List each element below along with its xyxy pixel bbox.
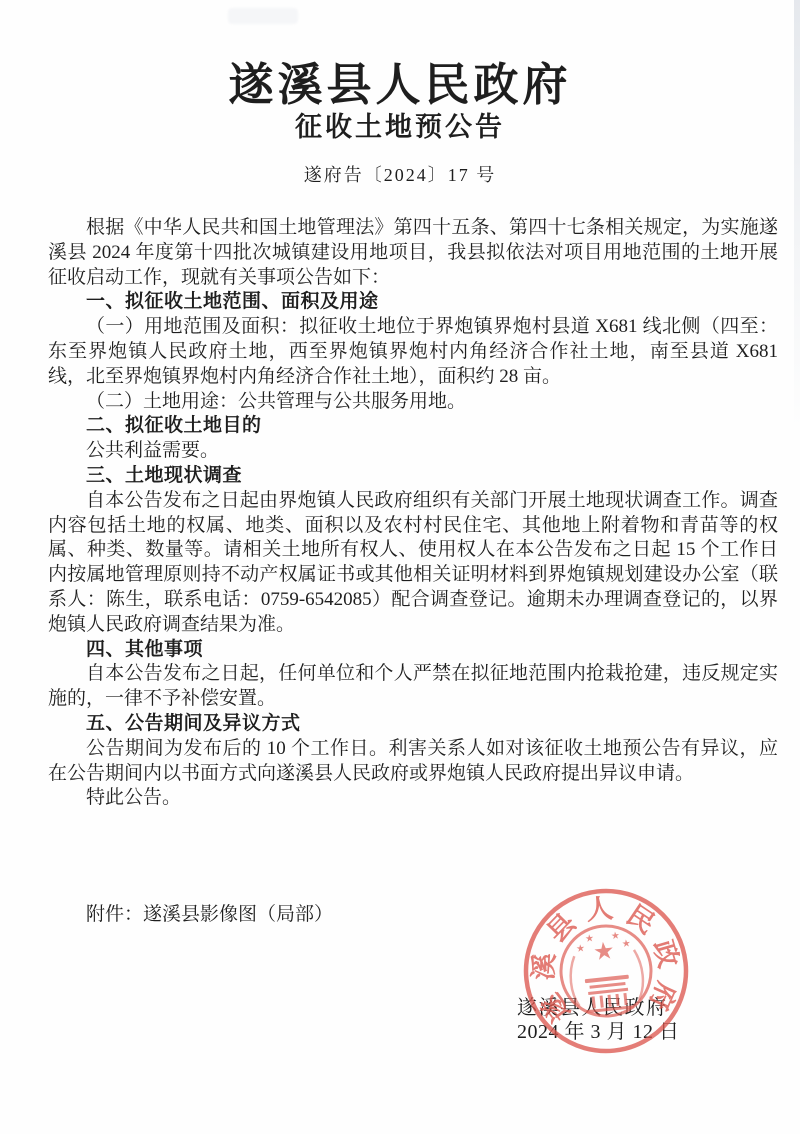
- svg-text:★: ★: [585, 933, 595, 945]
- section-5-paragraph: 公告期间为发布后的 10 个工作日。利害关系人如对该征收土地预公告有异议，应在公…: [48, 737, 778, 787]
- document-number: 遂府告〔2024〕17 号: [0, 161, 800, 187]
- section-4-heading: 四、其他事项: [48, 638, 778, 663]
- section-1-paragraph: （二）土地用途：公共管理与公共服务用地。: [48, 390, 778, 415]
- svg-text:★: ★: [592, 936, 616, 966]
- svg-text:★: ★: [610, 930, 620, 942]
- land-expropriation-announcement-page: 遂溪县人民政府 征收土地预公告 遂府告〔2024〕17 号 根据《中华人民共和国…: [0, 0, 800, 1134]
- svg-text:★: ★: [576, 943, 586, 955]
- page-subtitle: 征收土地预公告: [0, 105, 800, 144]
- document-body: 根据《中华人民共和国土地管理法》第四十五条、第四十七条相关规定，为实施遂溪县 2…: [48, 216, 778, 811]
- closing-line: 特此公告。: [48, 786, 778, 811]
- section-2-paragraph: 公共利益需要。: [48, 439, 778, 464]
- signature-date: 2024 年 3 月 12 日: [517, 1021, 680, 1045]
- intro-paragraph: 根据《中华人民共和国土地管理法》第四十五条、第四十七条相关规定，为实施遂溪县 2…: [48, 216, 778, 290]
- section-4-paragraph: 自本公告发布之日起，任何单位和个人严禁在拟征地范围内抢栽抢建，违反规定实施的，一…: [48, 662, 778, 712]
- page-title: 遂溪县人民政府: [0, 48, 800, 113]
- signature-block: 遂溪县人民政府 2024 年 3 月 12 日: [517, 997, 680, 1044]
- svg-text:★: ★: [621, 938, 631, 950]
- section-5-heading: 五、公告期间及异议方式: [48, 712, 778, 737]
- section-3-paragraph: 自本公告发布之日起由界炮镇人民政府组织有关部门开展土地现状调查工作。调查内容包括…: [48, 489, 778, 638]
- seal-char: 溪: [528, 952, 560, 981]
- section-3-heading: 三、土地现状调查: [48, 464, 778, 489]
- attachment-line: 附件：遂溪县影像图（局部）: [48, 899, 778, 926]
- seal-char: 政: [647, 937, 683, 971]
- scan-smudge: [228, 8, 298, 24]
- signature-issuer: 遂溪县人民政府: [517, 997, 680, 1021]
- section-1-heading: 一、拟征收土地范围、面积及用途: [48, 290, 778, 315]
- section-1-paragraph: （一）用地范围及面积：拟征收土地位于界炮镇界炮村县道 X681 线北侧（四至：东…: [48, 315, 778, 389]
- section-2-heading: 二、拟征收土地目的: [48, 414, 778, 439]
